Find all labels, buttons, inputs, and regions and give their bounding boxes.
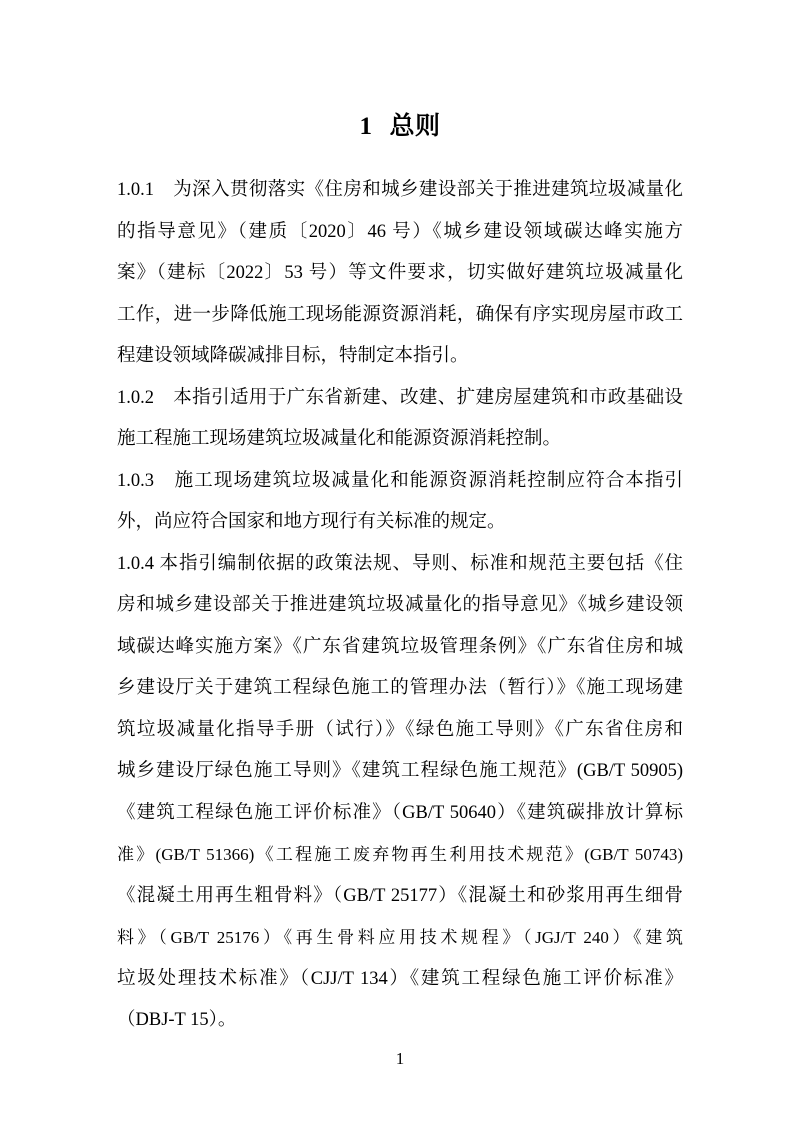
paragraph-line: 房和城乡建设部关于推进建筑垃圾减量化的指导意见》《城乡建设领 xyxy=(117,585,683,627)
paragraph-line: 程建设领域降碳减排目标，特制定本指引。 xyxy=(117,336,683,378)
paragraph-line: 筑垃圾减量化指导手册（试行）》《绿色施工导则》《广东省住房和 xyxy=(117,710,683,752)
paragraph-1.0.1: 1.0.1 为深入贯彻落实《住房和城乡建设部关于推进建筑垃圾减量化的指导意见》（… xyxy=(117,170,683,378)
paragraph-line: 料》（GB/T 25176）《再生骨料应用技术规程》（JGJ/T 240）《建筑 xyxy=(117,917,683,959)
paragraph-line: 的指导意见》（建质〔2020〕46 号）《城乡建设领域碳达峰实施方 xyxy=(117,212,683,254)
chapter-title: 1总则 xyxy=(0,112,800,142)
page-number: 1 xyxy=(396,1049,405,1068)
paragraph-line: 垃圾处理技术标准》（CJJ/T 134）《建筑工程绿色施工评价标准》 xyxy=(117,959,683,1001)
chapter-number: 1 xyxy=(359,113,372,140)
paragraph-line: 域碳达峰实施方案》《广东省建筑垃圾管理条例》《广东省住房和城 xyxy=(117,627,683,669)
paragraph-line: 《建筑工程绿色施工评价标准》（GB/T 50640）《建筑碳排放计算标 xyxy=(117,793,683,835)
paragraph-line: 1.0.4 本指引编制依据的政策法规、导则、标准和规范主要包括《住 xyxy=(117,544,683,586)
paragraph-line: 1.0.1 为深入贯彻落实《住房和城乡建设部关于推进建筑垃圾减量化 xyxy=(117,170,683,212)
paragraph-1.0.2: 1.0.2 本指引适用于广东省新建、改建、扩建房屋建筑和市政基础设施工程施工现场… xyxy=(117,378,683,461)
paragraph-line: 乡建设厅关于建筑工程绿色施工的管理办法（暂行）》《施工现场建 xyxy=(117,668,683,710)
paragraph-line: 外，尚应符合国家和地方现行有关标准的规定。 xyxy=(117,502,683,544)
paragraph-1.0.4: 1.0.4 本指引编制依据的政策法规、导则、标准和规范主要包括《住房和城乡建设部… xyxy=(117,544,683,1042)
paragraph-line: 工作，进一步降低施工现场能源资源消耗，确保有序实现房屋市政工 xyxy=(117,295,683,337)
chapter-title-text: 总则 xyxy=(389,113,440,140)
paragraph-line: 1.0.3 施工现场建筑垃圾减量化和能源资源消耗控制应符合本指引 xyxy=(117,461,683,503)
paragraph-line: 城乡建设厅绿色施工导则》《建筑工程绿色施工规范》(GB/T 50905) xyxy=(117,751,683,793)
paragraph-line: 1.0.2 本指引适用于广东省新建、改建、扩建房屋建筑和市政基础设 xyxy=(117,378,683,420)
paragraph-line: 《混凝土用再生粗骨料》（GB/T 25177）《混凝土和砂浆用再生细骨 xyxy=(117,876,683,918)
document-page: 1总则 1.0.1 为深入贯彻落实《住房和城乡建设部关于推进建筑垃圾减量化的指导… xyxy=(0,0,800,1132)
paragraph-line: 准》(GB/T 51366)《工程施工废弃物再生利用技术规范》(GB/T 507… xyxy=(117,834,683,876)
document-body: 1.0.1 为深入贯彻落实《住房和城乡建设部关于推进建筑垃圾减量化的指导意见》（… xyxy=(117,170,683,1042)
page-footer: 1 xyxy=(0,1048,800,1070)
paragraph-line: 案》（建标〔2022〕53 号）等文件要求，切实做好建筑垃圾减量化 xyxy=(117,253,683,295)
paragraph-line: 施工程施工现场建筑垃圾减量化和能源资源消耗控制。 xyxy=(117,419,683,461)
paragraph-1.0.3: 1.0.3 施工现场建筑垃圾减量化和能源资源消耗控制应符合本指引外，尚应符合国家… xyxy=(117,461,683,544)
paragraph-line: （DBJ-T 15）。 xyxy=(117,1000,683,1042)
